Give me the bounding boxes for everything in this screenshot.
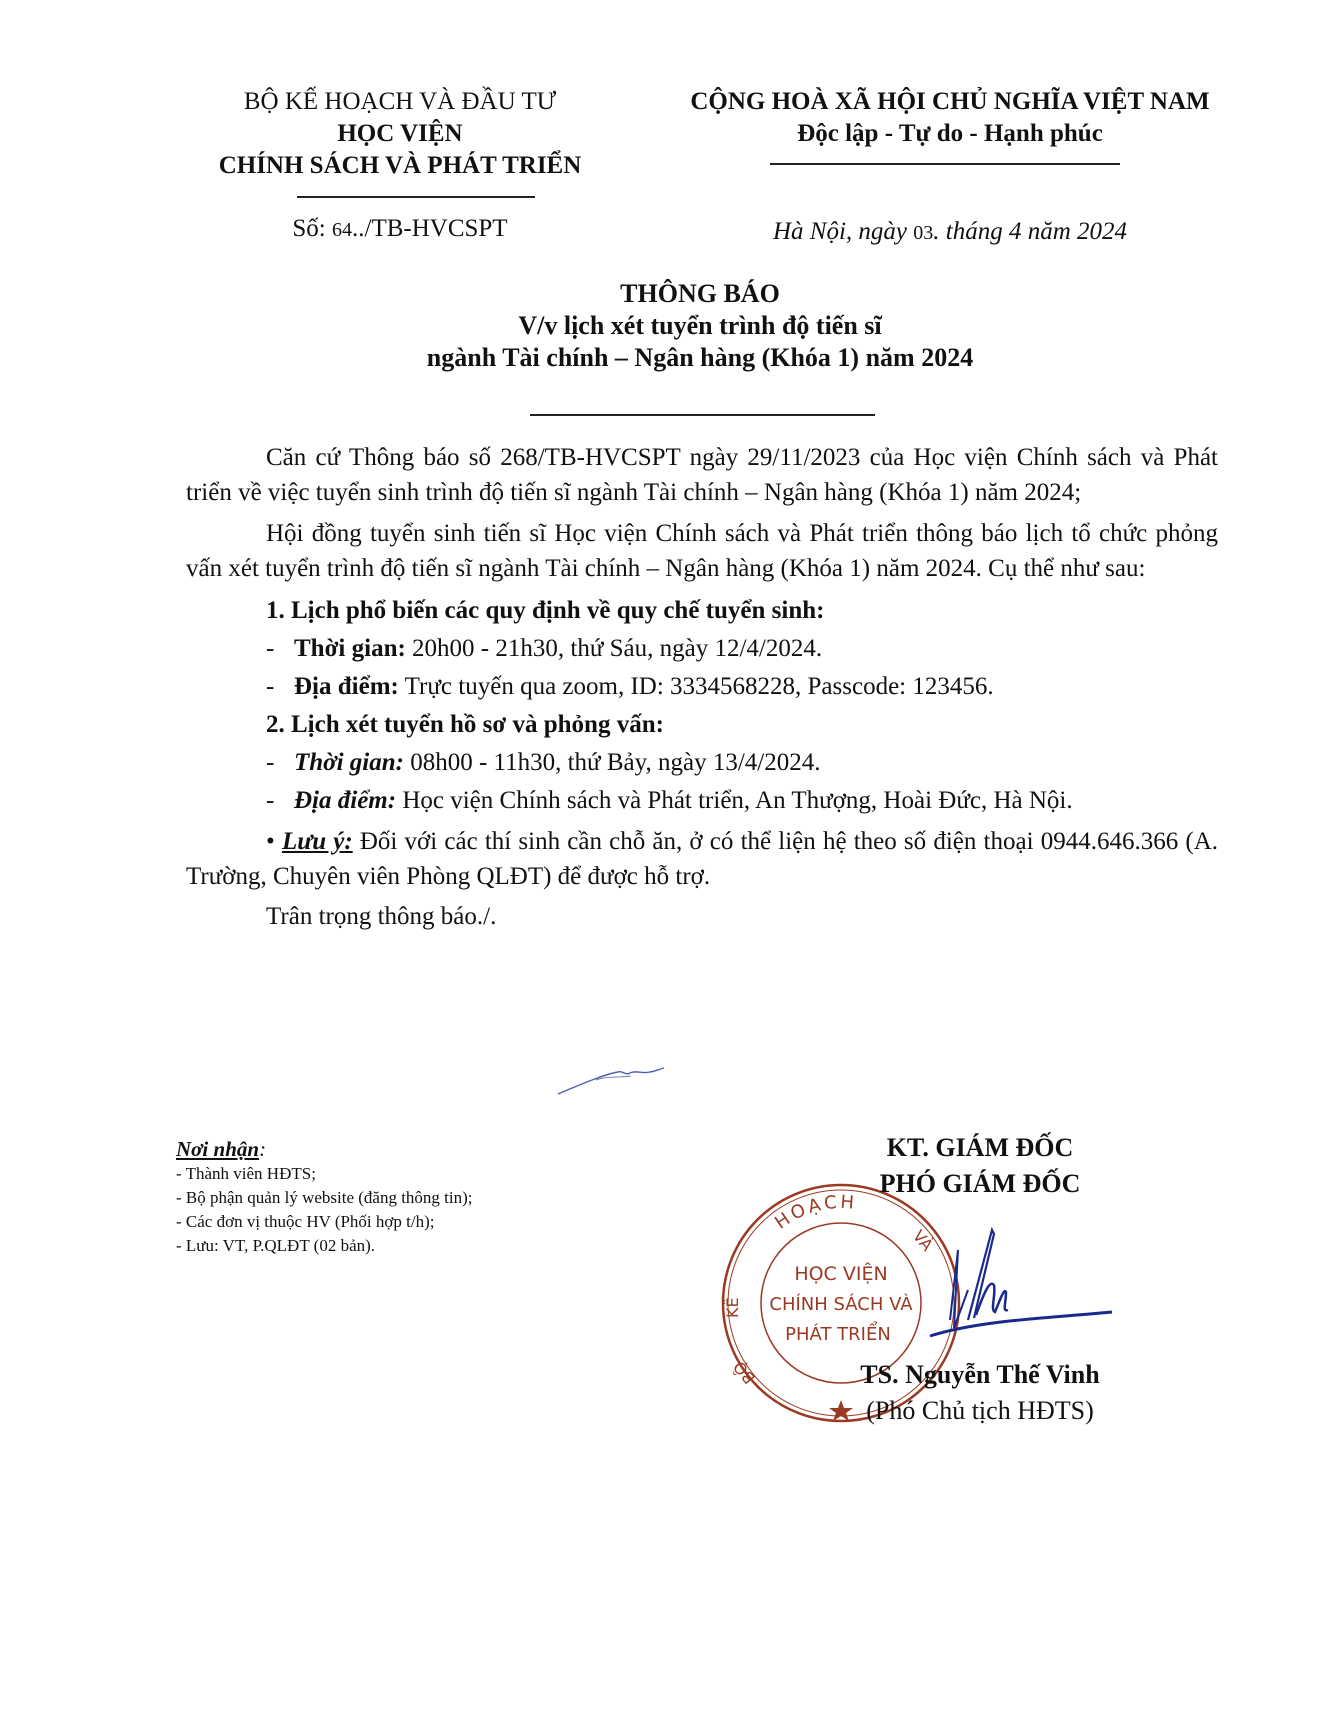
- section1-place: -Địa điểm: Trực tuyến qua zoom, ID: 3334…: [186, 668, 1218, 706]
- section2-place-value: Học viện Chính sách và Phát triển, An Th…: [396, 787, 1073, 814]
- section1-place-label: Địa điểm:: [294, 673, 399, 700]
- section1-time-value: 20h00 - 21h30, thứ Sáu, ngày 12/4/2024.: [406, 635, 822, 662]
- recipient-item: - Lưu: VT, P.QLĐT (02 bản).: [176, 1234, 736, 1258]
- recipients-title-text: Nơi nhận: [176, 1137, 259, 1161]
- recipient-item: - Các đơn vị thuộc HV (Phối hợp t/h);: [176, 1210, 736, 1234]
- body-paragraph-basis: Căn cứ Thông báo số 268/TB-HVCSPT ngày 2…: [186, 440, 1218, 510]
- document-number: Số: 64../TB-HVCSPT: [180, 215, 620, 243]
- notice-subject-line1: V/v lịch xét tuyển trình độ tiến sĩ: [180, 310, 1220, 342]
- seal-inner-line1: HỌC VIỆN: [794, 1262, 887, 1285]
- issuing-agency-block: BỘ KẾ HOẠCH VÀ ĐẦU TƯ HỌC VIỆN CHÍNH SÁC…: [180, 86, 620, 182]
- section2-time: -Thời gian: 08h00 - 11h30, thứ Bảy, ngày…: [186, 744, 1218, 782]
- list-dash: -: [266, 782, 294, 820]
- national-motto: Độc lập - Tự do - Hạnh phúc: [640, 118, 1260, 150]
- notice-heading: THÔNG BÁO: [180, 278, 1220, 310]
- section2-time-label: Thời gian:: [294, 749, 404, 776]
- seal-inner-line3: PHÁT TRIỂN: [785, 1321, 891, 1345]
- signature-title-line1: KT. GIÁM ĐỐC: [800, 1130, 1160, 1166]
- notice-subject-line2: ngành Tài chính – Ngân hàng (Khóa 1) năm…: [180, 342, 1220, 374]
- signer-name: TS. Nguyễn Thế Vinh: [780, 1360, 1180, 1390]
- handwritten-signature-icon: [890, 1200, 1120, 1340]
- body-paragraph-announcement: Hội đồng tuyển sinh tiến sĩ Học viện Chí…: [186, 516, 1218, 586]
- seal-outer-text-left: KẾ: [721, 1297, 742, 1318]
- list-dash: -: [266, 668, 294, 706]
- note-paragraph: • Lưu ý: Đối với các thí sinh cần chỗ ăn…: [186, 824, 1218, 894]
- list-dash: -: [266, 744, 294, 782]
- ministry-name: BỘ KẾ HOẠCH VÀ ĐẦU TƯ: [180, 86, 620, 118]
- closing-line: Trân trọng thông báo./.: [186, 898, 1218, 936]
- dateline: Hà Nội, ngày 03. tháng 4 năm 2024: [640, 218, 1260, 246]
- section2-heading: 2. Lịch xét tuyển hồ sơ và phỏng vấn:: [186, 706, 1218, 744]
- list-dash: -: [266, 630, 294, 668]
- recipients-title-colon: :: [259, 1137, 266, 1161]
- institute-name-line1: HỌC VIỆN: [180, 118, 620, 150]
- section1-time: -Thời gian: 20h00 - 21h30, thứ Sáu, ngày…: [186, 630, 1218, 668]
- recipient-item: - Thành viên HĐTS;: [176, 1162, 736, 1186]
- title-underline: [530, 414, 875, 416]
- section2-time-value: 08h00 - 11h30, thứ Bảy, ngày 13/4/2024.: [404, 749, 821, 776]
- section1-place-value: Trực tuyến qua zoom, ID: 3334568228, Pas…: [399, 673, 994, 700]
- signature-title-block: KT. GIÁM ĐỐC PHÓ GIÁM ĐỐC: [800, 1130, 1160, 1202]
- national-title: CỘNG HOÀ XÃ HỘI CHỦ NGHĨA VIỆT NAM: [640, 86, 1260, 118]
- dateline-prefix: Hà Nội, ngày: [773, 218, 913, 245]
- bullet-icon: •: [266, 828, 275, 855]
- dateline-suffix: . tháng 4 năm 2024: [933, 218, 1127, 245]
- notice-body: Căn cứ Thông báo số 268/TB-HVCSPT ngày 2…: [186, 440, 1218, 936]
- initials-scribble-icon: [556, 1060, 666, 1100]
- signer-role: (Phó Chủ tịch HĐTS): [780, 1396, 1180, 1426]
- motto-underline: [770, 163, 1120, 165]
- notice-title-block: THÔNG BÁO V/v lịch xét tuyển trình độ ti…: [180, 278, 1220, 374]
- section1-time-label: Thời gian:: [294, 635, 406, 662]
- agency-underline: [297, 196, 535, 198]
- recipients-title: Nơi nhận:: [176, 1136, 736, 1162]
- dateline-day: 03: [913, 222, 933, 244]
- doc-number-value: 64: [332, 219, 352, 241]
- recipients-block: Nơi nhận: - Thành viên HĐTS; - Bộ phận q…: [176, 1136, 736, 1258]
- section1-heading: 1. Lịch phổ biến các quy định về quy chế…: [186, 592, 1218, 630]
- section2-place: -Địa điểm: Học viện Chính sách và Phát t…: [186, 782, 1218, 820]
- doc-number-suffix: ../TB-HVCSPT: [352, 215, 508, 242]
- doc-number-prefix: Số:: [292, 215, 332, 242]
- note-label: Lưu ý:: [282, 828, 353, 855]
- recipient-item: - Bộ phận quản lý website (đăng thông ti…: [176, 1186, 736, 1210]
- institute-name-line2: CHÍNH SÁCH VÀ PHÁT TRIỂN: [180, 150, 620, 182]
- section2-place-label: Địa điểm:: [294, 787, 396, 814]
- national-header-block: CỘNG HOÀ XÃ HỘI CHỦ NGHĨA VIỆT NAM Độc l…: [640, 86, 1260, 150]
- closing-text: Trân trọng thông báo./.: [266, 903, 496, 930]
- signature-title-line2: PHÓ GIÁM ĐỐC: [800, 1166, 1160, 1202]
